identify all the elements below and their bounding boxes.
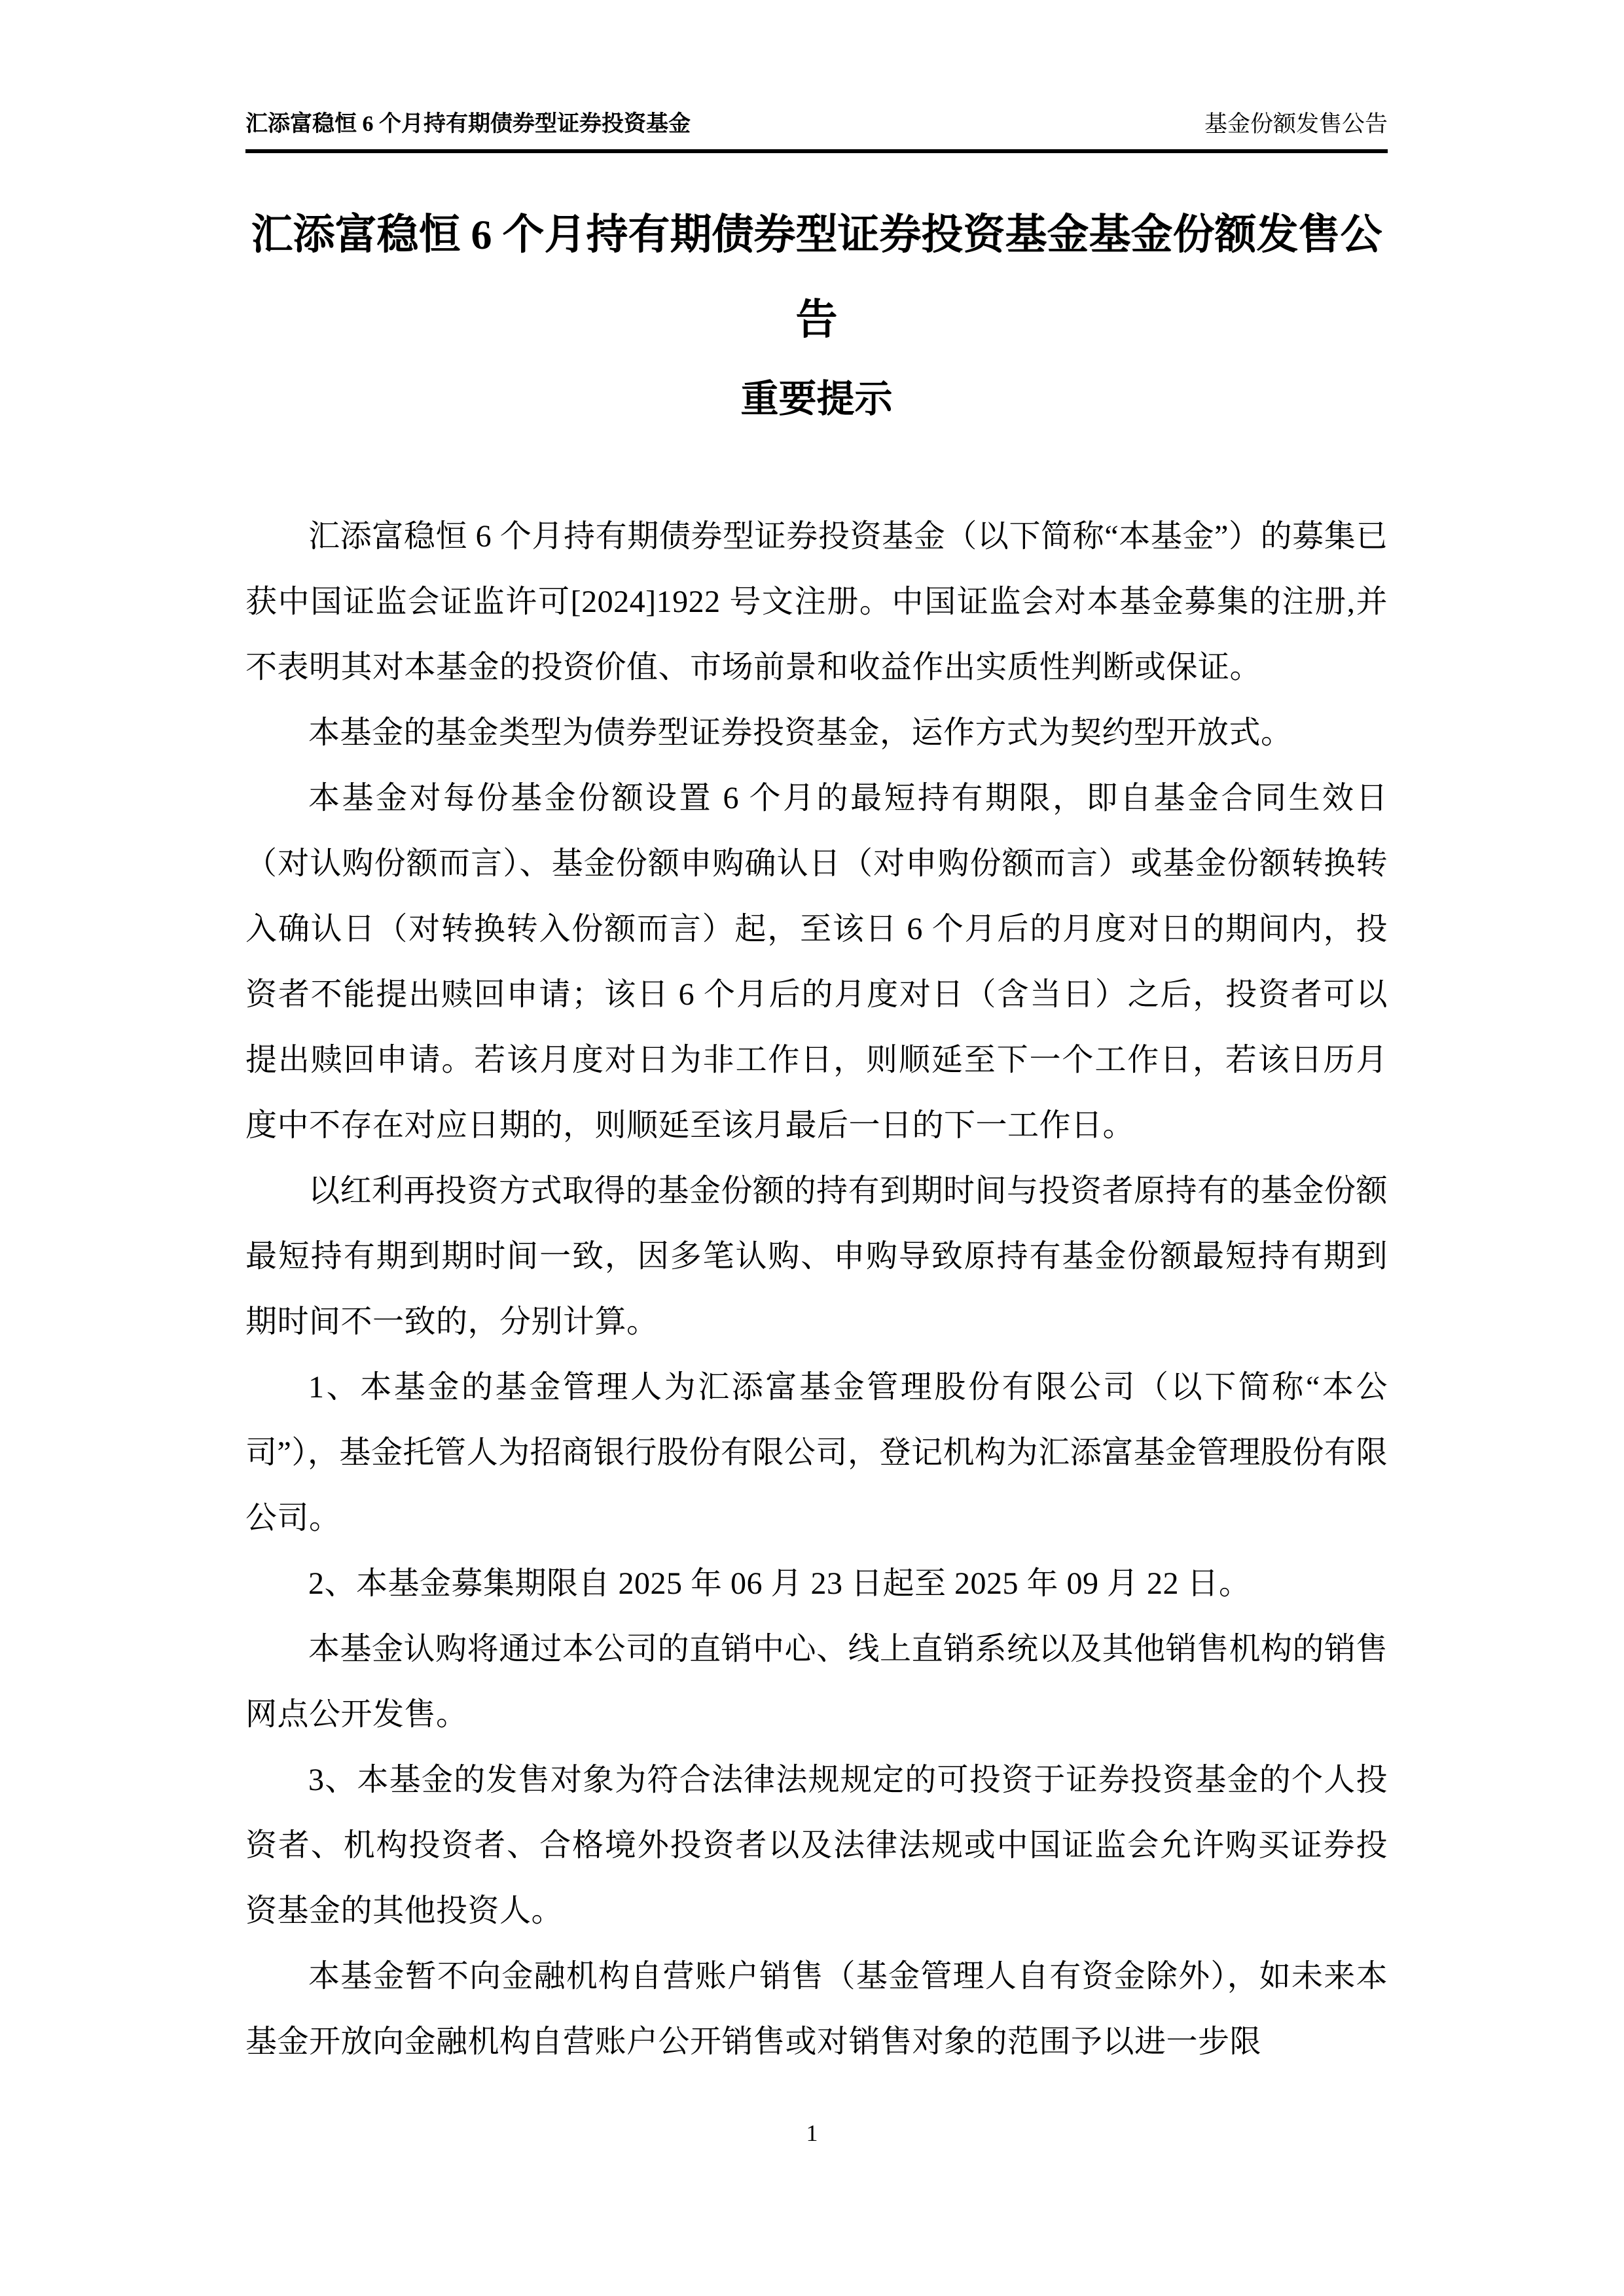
body-paragraph: 本基金对每份基金份额设置 6 个月的最短持有期限，即自基金合同生效日（对认购份额… (245, 766, 1388, 1158)
header-divider-line (245, 149, 1388, 153)
body-paragraph: 3、本基金的发售对象为符合法律法规规定的可投资于证券投资基金的个人投资者、机构投… (245, 1748, 1388, 1944)
document-title: 汇添富稳恒 6 个月持有期债券型证券投资基金基金份额发售公告 (245, 192, 1388, 363)
body-paragraph: 本基金的基金类型为债券型证券投资基金，运作方式为契约型开放式。 (245, 700, 1388, 766)
body-paragraph: 1、本基金的基金管理人为汇添富基金管理股份有限公司（以下简称“本公司”），基金托… (245, 1355, 1388, 1551)
document-page: 汇添富稳恒 6 个月持有期债券型证券投资基金 基金份额发售公告 汇添富稳恒 6 … (0, 0, 1624, 2296)
body-paragraph: 本基金暂不向金融机构自营账户销售（基金管理人自有资金除外），如未来本基金开放向金… (245, 1944, 1388, 2075)
header-fund-name: 汇添富稳恒 6 个月持有期债券型证券投资基金 (245, 111, 691, 139)
body-paragraph: 以红利再投资方式取得的基金份额的持有到期时间与投资者原持有的基金份额最短持有期到… (245, 1158, 1388, 1355)
page-header: 汇添富稳恒 6 个月持有期债券型证券投资基金 基金份额发售公告 (245, 0, 1388, 149)
body-paragraph: 本基金认购将通过本公司的直销中心、线上直销系统以及其他销售机构的销售网点公开发售… (245, 1617, 1388, 1748)
document-body: 汇添富稳恒 6 个月持有期债券型证券投资基金（以下简称“本基金”）的募集已获中国… (245, 504, 1388, 2075)
body-paragraph: 2、本基金募集期限自 2025 年 06 月 23 日起至 2025 年 09 … (245, 1551, 1388, 1617)
header-doc-type: 基金份额发售公告 (1204, 110, 1388, 139)
body-paragraph: 汇添富稳恒 6 个月持有期债券型证券投资基金（以下简称“本基金”）的募集已获中国… (245, 504, 1388, 700)
page-number: 1 (0, 2119, 1624, 2147)
section-heading-important-notice: 重要提示 (245, 368, 1388, 431)
